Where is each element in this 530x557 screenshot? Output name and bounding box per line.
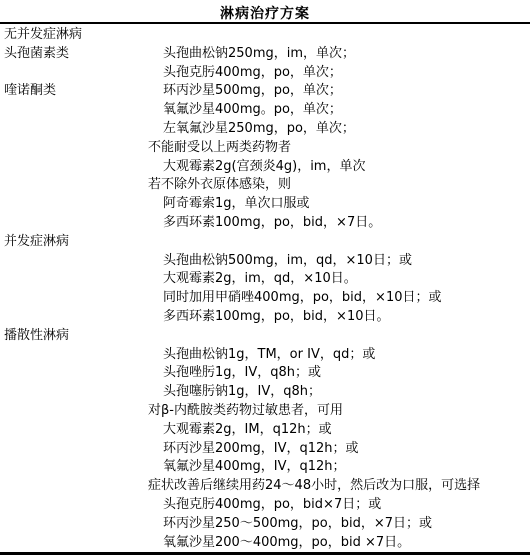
table-row: 多西环素100mg，po，bid，×10日。 (0, 308, 530, 327)
table-row: 环丙沙星250～500mg，po，bid，×7日；或 (0, 515, 530, 534)
treatment-text: 头孢曲松钠500mg，im，qd，×10日；或 (163, 252, 412, 271)
table-row: 环丙沙星200mg，IV，q12h；或 (0, 440, 530, 459)
table-row: 并发症淋病 (0, 233, 530, 252)
category-label: 并发症淋病 (4, 233, 69, 252)
table-row: 对β-内酰胺类药物过敏患者，可用 (0, 402, 530, 421)
table-row: 氧氟沙星400mg，IV，q12h； (0, 458, 530, 477)
table-row: 氧氟沙星400mg。po，单次； (0, 101, 530, 120)
table-row: 左氧氟沙星250mg，po，单次； (0, 120, 530, 139)
treatment-text: 氧氟沙星400mg，IV，q12h； (163, 458, 346, 477)
table-row: 头孢唑肟1g，IV，q8h；或 (0, 364, 530, 383)
table-row: 同时加用甲硝唑400mg，po，bid，×10日；或 (0, 289, 530, 308)
category-label: 播散性淋病 (4, 327, 69, 346)
treatment-text: 氧氟沙星400mg。po，单次； (163, 101, 342, 120)
treatment-text: 多西环素100mg，po，bid，×7日。 (163, 214, 381, 233)
treatment-text: 头孢噻肟钠1g，IV，q8h； (163, 383, 321, 402)
treatment-text: 症状改善后继续用药24～48小时，然后改为口服，可选择 (148, 477, 480, 496)
table-row: 喹诺酮类环丙沙星500mg，po，单次； (0, 82, 530, 101)
table-row: 头孢曲松钠1g，TM，or IV，qd；或 (0, 346, 530, 365)
footer-rule (0, 552, 530, 555)
treatment-text: 阿奇霉索1g，单次口服或 (163, 195, 310, 214)
category-label: 无并发症淋病 (4, 26, 82, 45)
table-row: 头孢菌素类头孢曲松钠250mg，im，单次； (0, 45, 530, 64)
treatment-text: 环丙沙星500mg，po，单次； (163, 82, 342, 101)
treatment-text: 环丙沙星250～500mg，po，bid，×7日；或 (163, 515, 432, 534)
table-row: 大观霉素2g，IM，q12h；或 (0, 421, 530, 440)
table-row: 大观霉素2g，im，qd，×10日。 (0, 270, 530, 289)
treatment-text: 同时加用甲硝唑400mg，po，bid，×10日；或 (163, 289, 442, 308)
table-row: 氧氟沙星200～400mg，po，bid ×7日。 (0, 534, 530, 553)
treatment-text: 头孢克肟400mg，po，单次； (163, 64, 342, 83)
table-row: 大观霉素2g(宫颈炎4g)，im，单次 (0, 158, 530, 177)
header-rule (0, 22, 530, 24)
treatment-text: 若不除外衣原体感染，则 (148, 176, 291, 195)
treatment-table-body: 无并发症淋病头孢菌素类头孢曲松钠250mg，im，单次；头孢克肟400mg，po… (0, 26, 530, 552)
treatment-text: 环丙沙星200mg，IV，q12h；或 (163, 440, 359, 459)
treatment-text: 大观霉素2g(宫颈炎4g)，im，单次 (163, 158, 365, 177)
treatment-text: 对β-内酰胺类药物过敏患者，可用 (148, 402, 343, 421)
table-row: 多西环素100mg，po，bid，×7日。 (0, 214, 530, 233)
table-row: 不能耐受以上两类药物者 (0, 139, 530, 158)
treatment-text: 不能耐受以上两类药物者 (148, 139, 291, 158)
table-row: 头孢克肟400mg，po，单次； (0, 64, 530, 83)
treatment-text: 头孢唑肟1g，IV，q8h；或 (163, 364, 321, 383)
treatment-text: 大观霉素2g，im，qd，×10日。 (163, 270, 357, 289)
document-title: 淋病治疗方案 (0, 3, 530, 23)
treatment-text: 头孢曲松钠250mg，im，单次； (163, 45, 355, 64)
table-row: 症状改善后继续用药24～48小时，然后改为口服，可选择 (0, 477, 530, 496)
category-label: 头孢菌素类 (4, 45, 69, 64)
table-row: 头孢噻肟钠1g，IV，q8h； (0, 383, 530, 402)
category-label: 喹诺酮类 (4, 82, 56, 101)
table-row: 播散性淋病 (0, 327, 530, 346)
treatment-text: 头孢曲松钠1g，TM，or IV，qd；或 (163, 346, 375, 365)
table-row: 头孢克肟400mg，po，bid×7日；或 (0, 496, 530, 515)
table-row: 若不除外衣原体感染，则 (0, 176, 530, 195)
treatment-plan-document: 淋病治疗方案 无并发症淋病头孢菌素类头孢曲松钠250mg，im，单次；头孢克肟4… (0, 0, 530, 557)
treatment-text: 左氧氟沙星250mg，po，单次； (163, 120, 355, 139)
table-row: 头孢曲松钠500mg，im，qd，×10日；或 (0, 252, 530, 271)
treatment-text: 氧氟沙星200～400mg，po，bid ×7日。 (163, 534, 410, 553)
treatment-text: 大观霉素2g，IM，q12h；或 (163, 421, 332, 440)
table-row: 阿奇霉索1g，单次口服或 (0, 195, 530, 214)
treatment-text: 头孢克肟400mg，po，bid×7日；或 (163, 496, 381, 515)
table-row: 无并发症淋病 (0, 26, 530, 45)
treatment-text: 多西环素100mg，po，bid，×10日。 (163, 308, 390, 327)
